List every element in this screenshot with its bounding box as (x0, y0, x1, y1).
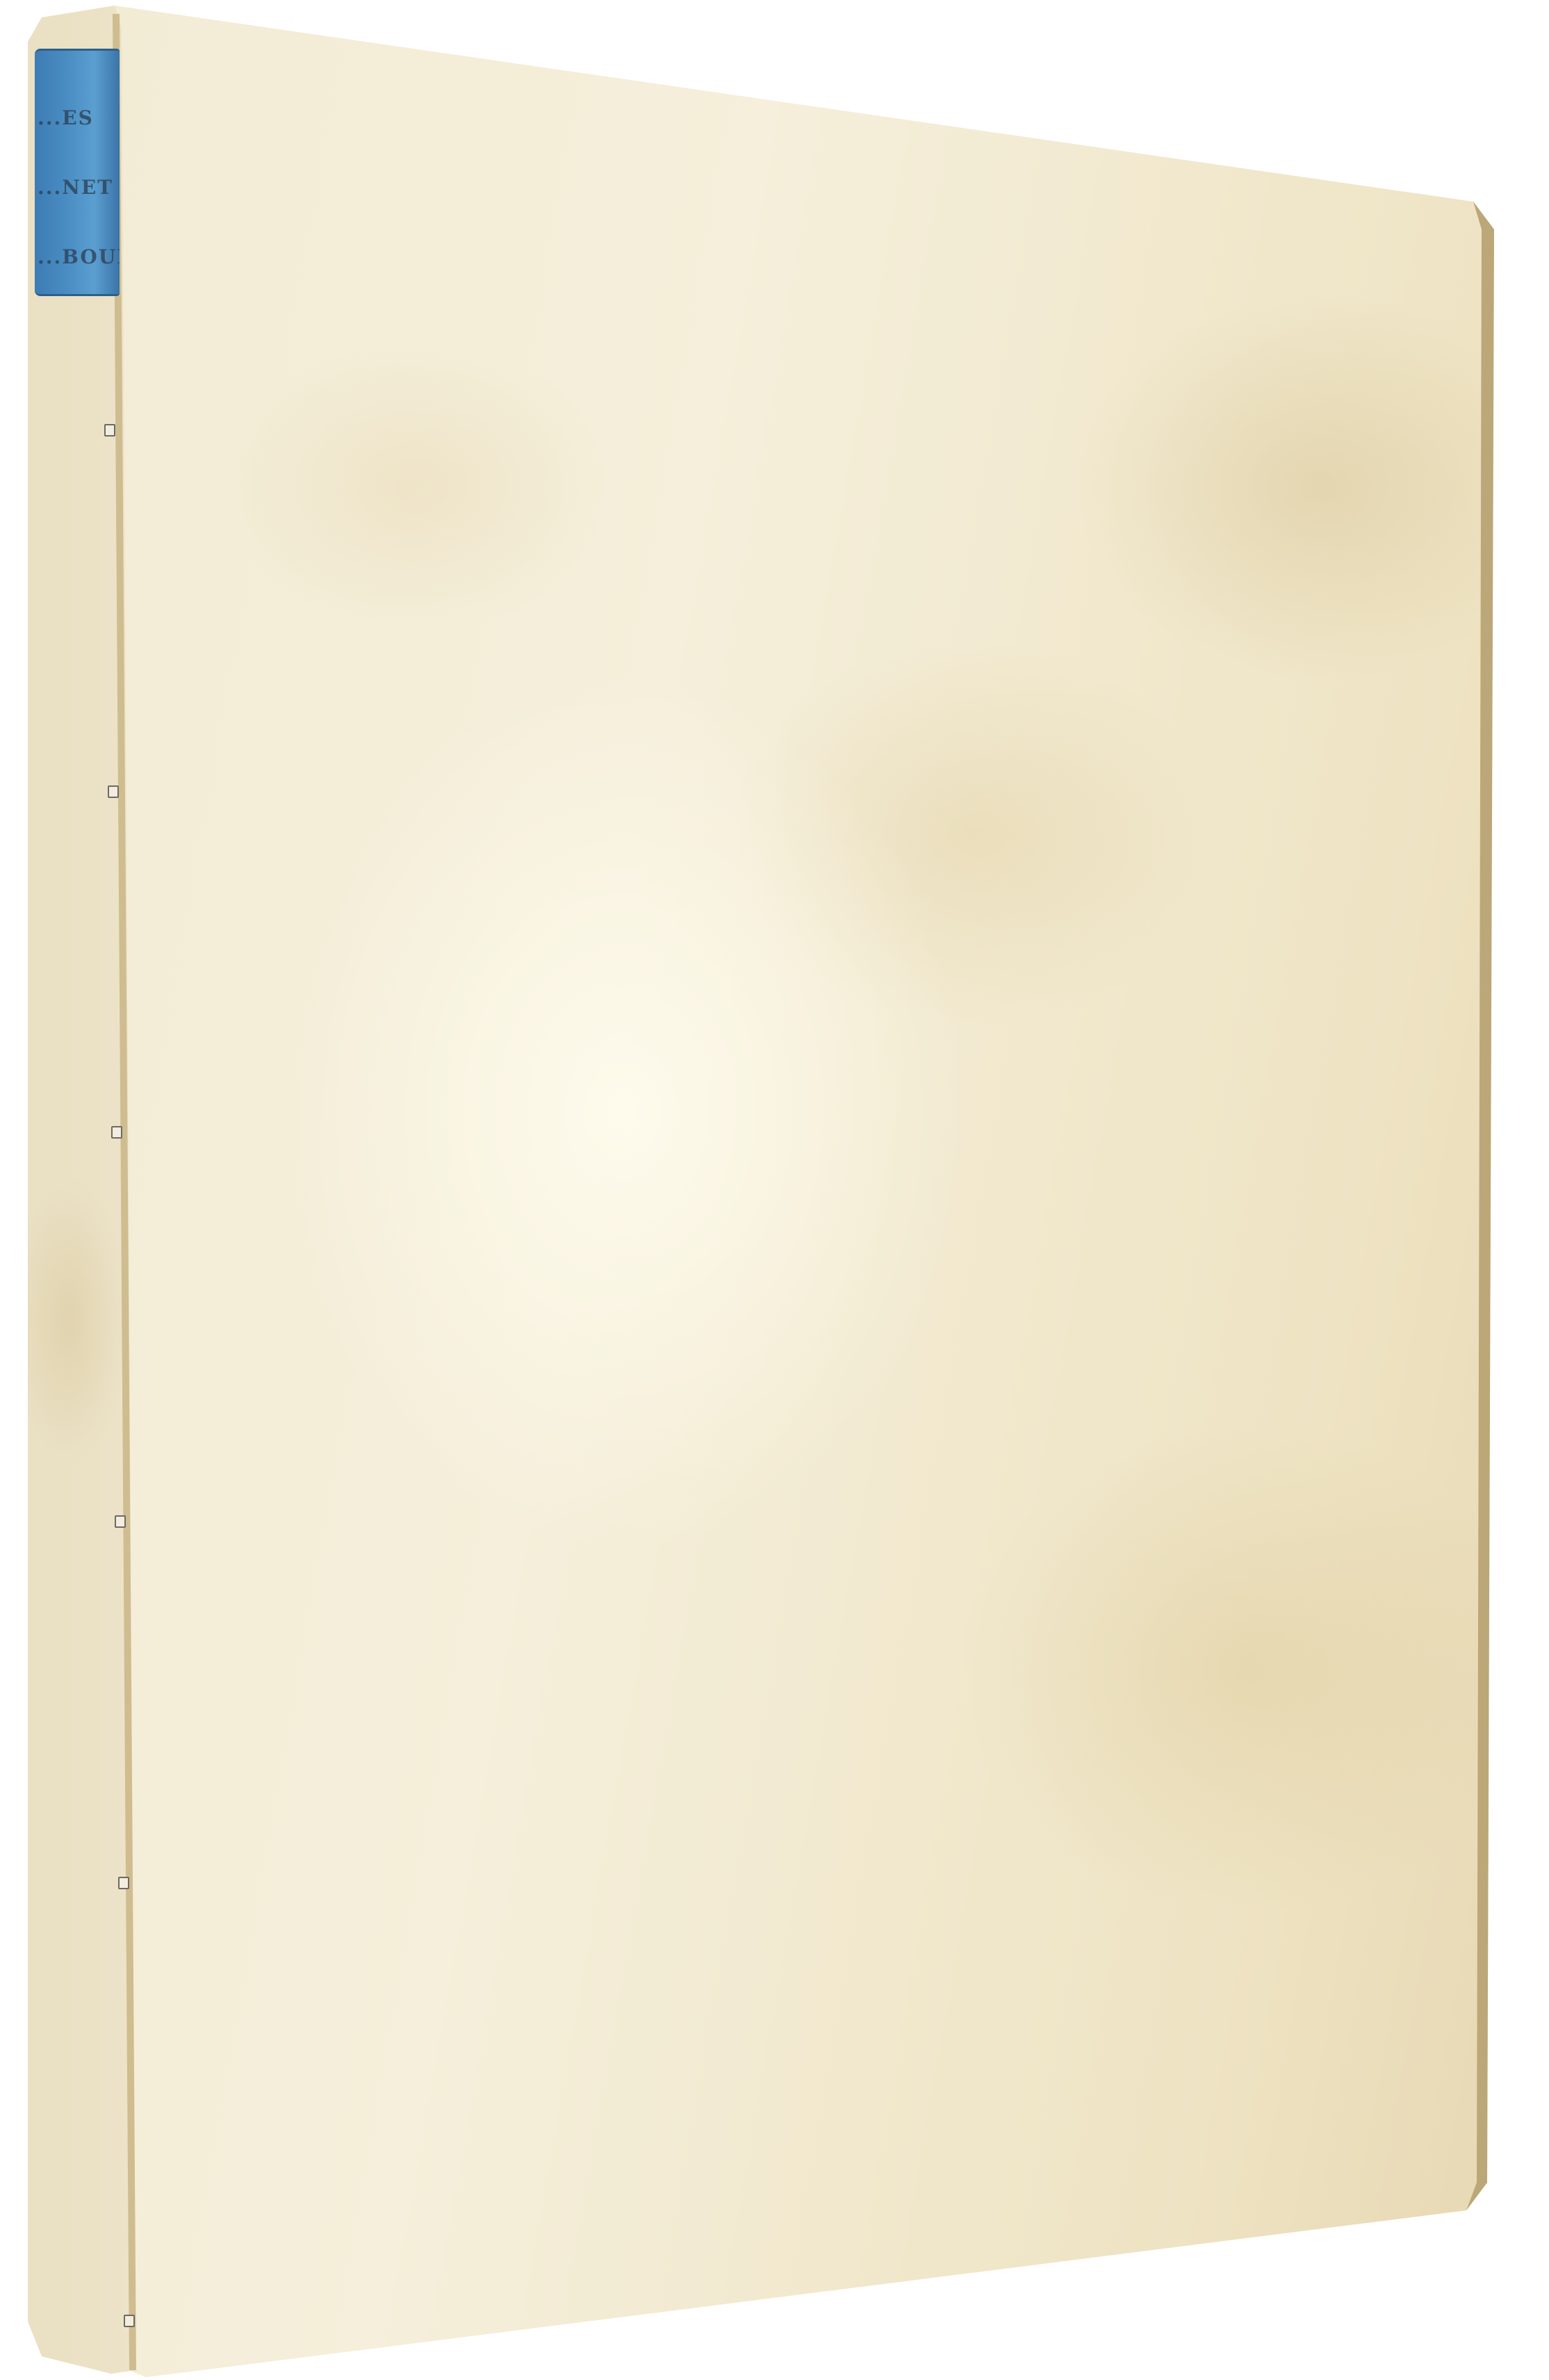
book: ...ES ...NET ...BOUR (0, 0, 1549, 2380)
tacket-1 (104, 424, 115, 437)
tacket-3 (111, 1126, 122, 1139)
front-cover (0, 0, 1549, 2380)
spine-label-line-2: ...NET (38, 176, 117, 199)
photo-stage: ...ES ...NET ...BOUR (0, 0, 1549, 2380)
tacket-5 (118, 1877, 129, 1889)
tacket-4 (115, 1515, 126, 1528)
tacket-2 (108, 785, 119, 798)
spine-label-line-3: ...BOUR (38, 245, 117, 268)
tacket-6 (124, 2315, 135, 2327)
spine-label-line-1: ...ES (38, 106, 117, 129)
spine-label: ...ES ...NET ...BOUR (35, 49, 120, 296)
